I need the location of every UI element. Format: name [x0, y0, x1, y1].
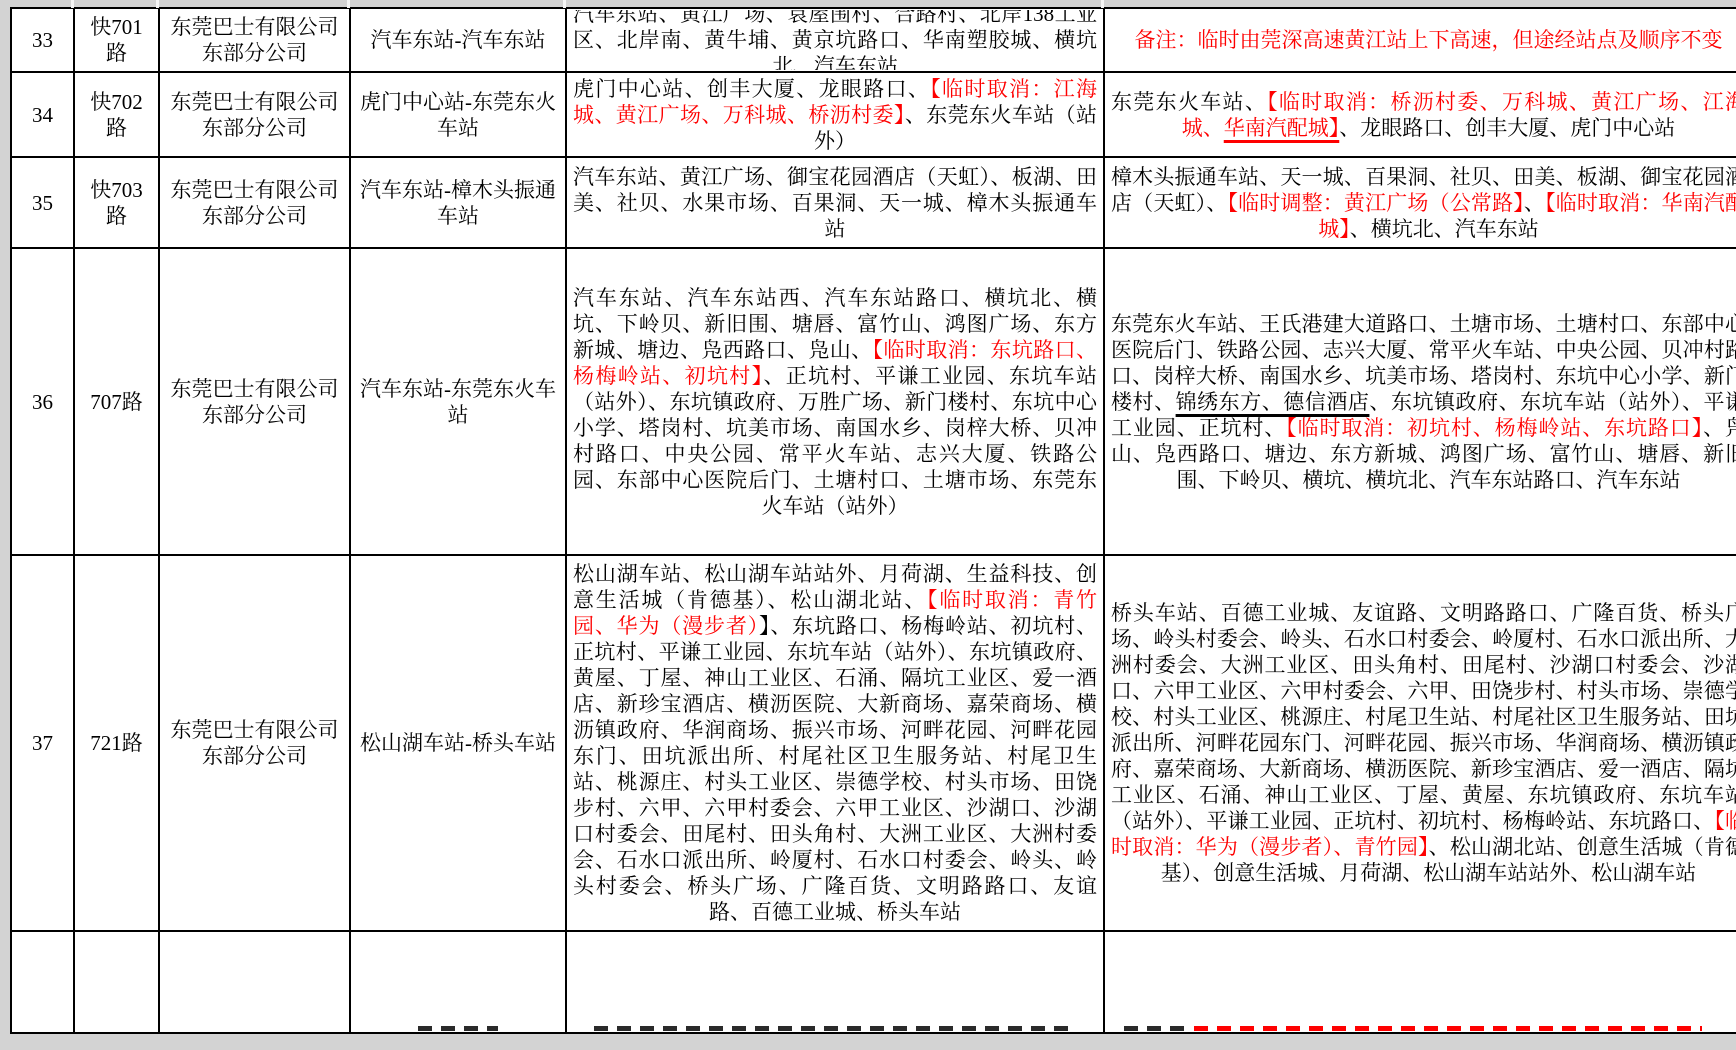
stations-forward-cell: 汽车东站、黄江广场、袁屋围村、合路村、北岸138工业区、北岸南、黄牛埔、黄京坑路…	[566, 8, 1104, 72]
station-text-segment: 汽车东站、黄江广场、御宝花园酒店（天虹）、板湖、田美、社贝、水果市场、百果洞、天…	[573, 165, 1097, 241]
station-text-segment: 【临时调整：黄江广场（公常路】	[1227, 191, 1523, 215]
route-name: 快703路	[81, 177, 152, 229]
station-text-segment: 备注：临时由莞深高速黄江站上下高速，但途经站点及顺序不变	[1135, 28, 1723, 52]
station-text-segment: 虎门中心站、创丰大厦、龙眼路口、	[573, 77, 930, 101]
stations-forward: 虎门中心站、创丰大厦、龙眼路口、【临时取消：江海城、黄江广场、万科城、桥沥村委】…	[573, 76, 1097, 154]
clipped-text-sliver	[594, 1026, 1076, 1031]
row-number: 35	[18, 190, 67, 216]
grid-tick	[71, 0, 74, 8]
grid-tick	[347, 0, 350, 8]
row-number-cell: 34	[11, 72, 74, 157]
stations-return-cell: 樟木头振通车站、天一城、百果洞、社贝、田美、板湖、御宝花园酒店（天虹）、【临时调…	[1104, 157, 1736, 248]
row-number: 33	[18, 27, 67, 53]
company-name: 东莞巴士有限公司东部分公司	[166, 177, 343, 229]
station-text-segment: 、	[1524, 191, 1545, 215]
route-span: 汽车东站-东莞东火车站	[357, 376, 559, 428]
clipped-text-sliver	[1194, 1026, 1702, 1031]
stations-return: 东莞东火车站、王氏港建大道路口、土塘市场、土塘村口、东部中心医院后门、铁路公园、…	[1111, 311, 1736, 493]
clipped-text-sliver	[1124, 1026, 1188, 1031]
company-name-cell: 东莞巴士有限公司东部分公司	[159, 248, 350, 555]
station-text-segment: 东莞东火车站、	[1111, 90, 1267, 114]
route-span: 汽车东站-樟木头振通车站	[357, 177, 559, 229]
grid-tick	[156, 0, 159, 8]
stations-return: 备注：临时由莞深高速黄江站上下高速，但途经站点及顺序不变	[1111, 27, 1736, 53]
stations-forward-cell: 虎门中心站、创丰大厦、龙眼路口、【临时取消：江海城、黄江广场、万科城、桥沥村委】…	[566, 72, 1104, 157]
company-name-cell: 东莞巴士有限公司东部分公司	[159, 555, 350, 931]
partial-cell	[159, 931, 350, 1033]
table-row-partial	[11, 931, 1736, 1033]
route-span-cell: 汽车东站-樟木头振通车站	[350, 157, 566, 248]
station-text-segment: 汽车东站、黄江广场、袁屋围村、合路村、北岸138工业区、北岸南、黄牛埔、黄京坑路…	[573, 10, 1097, 70]
stations-forward: 汽车东站、黄江广场、袁屋围村、合路村、北岸138工业区、北岸南、黄牛埔、黄京坑路…	[573, 10, 1097, 70]
row-number: 36	[18, 389, 67, 415]
route-name: 快701路	[81, 14, 152, 66]
route-name: 快702路	[81, 89, 152, 141]
table-row: 37721路东莞巴士有限公司东部分公司松山湖车站-桥头车站松山湖车站、松山湖车站…	[11, 555, 1736, 931]
grid-tick	[1101, 0, 1104, 8]
stations-return-cell: 桥头车站、百德工业城、友谊路、文明路路口、广隆百货、桥头广场、岭头村委会、岭头、…	[1104, 555, 1736, 931]
company-name: 东莞巴士有限公司东部分公司	[166, 717, 343, 769]
company-name-cell: 东莞巴士有限公司东部分公司	[159, 8, 350, 72]
station-text-segment: 、横坑北、汽车东站	[1350, 217, 1539, 241]
stations-forward-cell: 松山湖车站、松山湖车站站外、月荷湖、生益科技、创意生活城（肯德基）、松山湖北站、…	[566, 555, 1104, 931]
table-row: 36707路东莞巴士有限公司东部分公司汽车东站-东莞东火车站汽车东站、汽车东站西…	[11, 248, 1736, 555]
table-row: 33快701路东莞巴士有限公司东部分公司汽车东站-汽车东站汽车东站、黄江广场、袁…	[11, 8, 1736, 72]
partial-cell	[1104, 931, 1736, 1033]
route-span-cell: 汽车东站-汽车东站	[350, 8, 566, 72]
route-name: 707路	[81, 389, 152, 415]
stations-forward-cell: 汽车东站、黄江广场、御宝花园酒店（天虹）、板湖、田美、社贝、水果市场、百果洞、天…	[566, 157, 1104, 248]
route-name-cell: 快701路	[74, 8, 159, 72]
company-name: 东莞巴士有限公司东部分公司	[166, 376, 343, 428]
stations-return-cell: 备注：临时由莞深高速黄江站上下高速，但途经站点及顺序不变	[1104, 8, 1736, 72]
station-text-segment: 】、东坑路口、杨梅岭站、初坑村、正坑村、平谦工业园、东坑车站（站外）、东坑镇政府…	[573, 614, 1097, 924]
route-name-cell: 721路	[74, 555, 159, 931]
company-name-cell: 东莞巴士有限公司东部分公司	[159, 72, 350, 157]
stations-return: 桥头车站、百德工业城、友谊路、文明路路口、广隆百货、桥头广场、岭头村委会、岭头、…	[1111, 600, 1736, 886]
row-number-cell: 36	[11, 248, 74, 555]
stations-forward: 汽车东站、汽车东站西、汽车东站路口、横坑北、横坑、下岭贝、新旧围、塘唇、富竹山、…	[573, 285, 1097, 519]
partial-cell	[11, 931, 74, 1033]
bus-route-table-wrap: 33快701路东莞巴士有限公司东部分公司汽车东站-汽车东站汽车东站、黄江广场、袁…	[10, 7, 1736, 1034]
company-name: 东莞巴士有限公司东部分公司	[166, 14, 343, 66]
route-span: 虎门中心站-东莞东火车站	[357, 89, 559, 141]
stations-return: 樟木头振通车站、天一城、百果洞、社贝、田美、板湖、御宝花园酒店（天虹）、【临时调…	[1111, 164, 1736, 242]
row-number-cell: 33	[11, 8, 74, 72]
route-name-cell: 快703路	[74, 157, 159, 248]
route-span-cell: 松山湖车站-桥头车站	[350, 555, 566, 931]
row-number: 34	[18, 102, 67, 128]
table-row: 35快703路东莞巴士有限公司东部分公司汽车东站-樟木头振通车站汽车东站、黄江广…	[11, 157, 1736, 248]
stations-forward: 汽车东站、黄江广场、御宝花园酒店（天虹）、板湖、田美、社贝、水果市场、百果洞、天…	[573, 164, 1097, 242]
row-number: 37	[18, 730, 67, 756]
partial-cell	[74, 931, 159, 1033]
station-text-segment: 锦绣东方、德信酒店	[1176, 390, 1370, 414]
row-number-cell: 35	[11, 157, 74, 248]
route-name-cell: 707路	[74, 248, 159, 555]
clipped-text-sliver	[418, 1026, 499, 1031]
route-span: 汽车东站-汽车东站	[357, 27, 559, 53]
route-name: 721路	[81, 730, 152, 756]
route-span: 松山湖车站-桥头车站	[357, 730, 559, 756]
company-name: 东莞巴士有限公司东部分公司	[166, 89, 343, 141]
stations-return-cell: 东莞东火车站、王氏港建大道路口、土塘市场、土塘村口、东部中心医院后门、铁路公园、…	[1104, 248, 1736, 555]
table-row: 34快702路东莞巴士有限公司东部分公司虎门中心站-东莞东火车站虎门中心站、创丰…	[11, 72, 1736, 157]
table-body: 33快701路东莞巴士有限公司东部分公司汽车东站-汽车东站汽车东站、黄江广场、袁…	[11, 8, 1736, 1033]
stations-forward: 松山湖车站、松山湖车站站外、月荷湖、生益科技、创意生活城（肯德基）、松山湖北站、…	[573, 561, 1097, 925]
station-text-segment: 桥头车站、百德工业城、友谊路、文明路路口、广隆百货、桥头广场、岭头村委会、岭头、…	[1111, 601, 1736, 833]
grid-tick	[563, 0, 566, 8]
bus-route-table: 33快701路东莞巴士有限公司东部分公司汽车东站-汽车东站汽车东站、黄江广场、袁…	[10, 7, 1736, 1034]
row-number-cell: 37	[11, 555, 74, 931]
partial-cell	[350, 931, 566, 1033]
partial-cell	[566, 931, 1104, 1033]
station-text-segment: 【临时取消：初坑村、杨梅岭站、东坑路口】	[1286, 416, 1703, 440]
stations-forward-cell: 汽车东站、汽车东站西、汽车东站路口、横坑北、横坑、下岭贝、新旧围、塘唇、富竹山、…	[566, 248, 1104, 555]
route-span-cell: 汽车东站-东莞东火车站	[350, 248, 566, 555]
stations-return: 东莞东火车站、【临时取消：桥沥村委、万科城、黄江广场、江海城、华南汽配城】、龙眼…	[1111, 89, 1736, 141]
company-name-cell: 东莞巴士有限公司东部分公司	[159, 157, 350, 248]
route-span-cell: 虎门中心站-东莞东火车站	[350, 72, 566, 157]
station-text-segment: 、龙眼路口、创丰大厦、虎门中心站	[1339, 116, 1675, 140]
route-name-cell: 快702路	[74, 72, 159, 157]
page: { "colors": { "red": "#fe0000", "black":…	[0, 0, 1736, 1050]
station-text-segment: 华南汽配城】	[1224, 116, 1340, 140]
stations-return-cell: 东莞东火车站、【临时取消：桥沥村委、万科城、黄江广场、江海城、华南汽配城】、龙眼…	[1104, 72, 1736, 157]
